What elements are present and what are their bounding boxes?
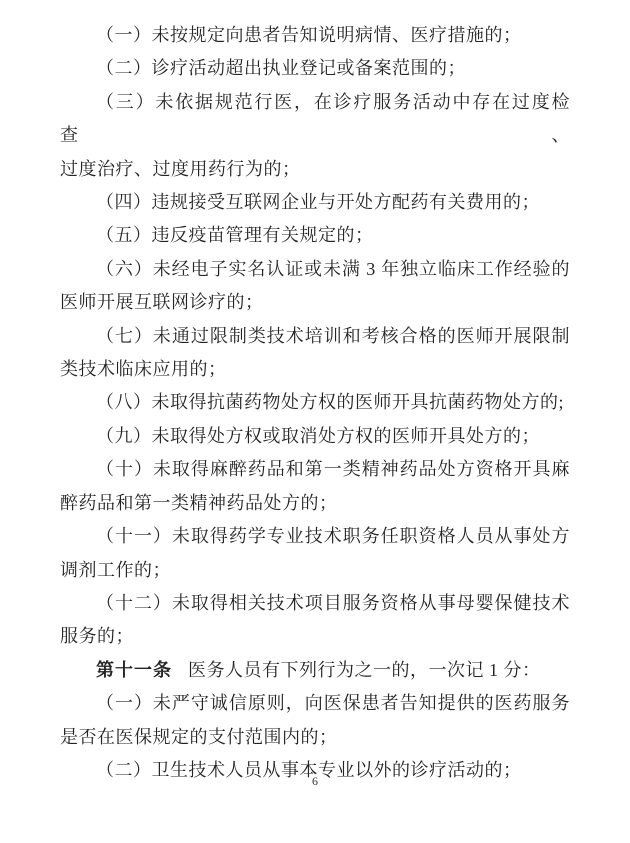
document-line: 服务的；: [60, 620, 570, 653]
document-line: （五）违反疫苗管理有关规定的；: [60, 219, 570, 252]
document-line: （十二）未取得相关技术项目服务资格从事母婴保健技术: [60, 587, 570, 620]
document-line: 类技术临床应用的；: [60, 353, 570, 386]
document-line: （二）诊疗活动超出执业登记或备案范围的；: [60, 52, 570, 85]
document-line: （十）未取得麻醉药品和第一类精神药品处方资格开具麻: [60, 453, 570, 486]
document-line: 医师开展互联网诊疗的；: [60, 286, 570, 319]
article-heading-term: 第十一条: [96, 660, 172, 680]
document-line: （四）违规接受互联网企业与开处方配药有关费用的；: [60, 186, 570, 219]
article-heading-text: 医务人员有下列行为之一的，一次记 1 分：: [188, 660, 541, 680]
document-line: （九）未取得处方权或取消处方权的医师开具处方的；: [60, 420, 570, 453]
document-line: （一）未严守诚信原则，向医保患者告知提供的医药服务: [60, 687, 570, 720]
document-line: （三）未依据规范行医，在诊疗服务活动中存在过度检查、: [60, 86, 570, 153]
document-body: （一）未按规定向患者告知说明病情、医疗措施的； （二）诊疗活动超出执业登记或备案…: [60, 19, 570, 787]
document-page: （一）未按规定向患者告知说明病情、医疗措施的； （二）诊疗活动超出执业登记或备案…: [0, 0, 630, 843]
document-line: 是否在医保规定的支付范围内的；: [60, 721, 570, 754]
document-line: 醉药品和第一类精神药品处方的；: [60, 487, 570, 520]
article-heading-line: 第十一条医务人员有下列行为之一的，一次记 1 分：: [60, 654, 570, 687]
page-number: 6: [0, 774, 630, 789]
document-line: （七）未通过限制类技术培训和考核合格的医师开展限制: [60, 320, 570, 353]
document-line: （六）未经电子实名认证或未满 3 年独立临床工作经验的: [60, 253, 570, 286]
document-line: 调剂工作的；: [60, 554, 570, 587]
document-line: （八）未取得抗菌药物处方权的医师开具抗菌药物处方的;: [60, 386, 570, 419]
document-line: （一）未按规定向患者告知说明病情、医疗措施的；: [60, 19, 570, 52]
document-line: （十一）未取得药学专业技术职务任职资格人员从事处方: [60, 520, 570, 553]
document-line: 过度治疗、过度用药行为的；: [60, 153, 570, 186]
